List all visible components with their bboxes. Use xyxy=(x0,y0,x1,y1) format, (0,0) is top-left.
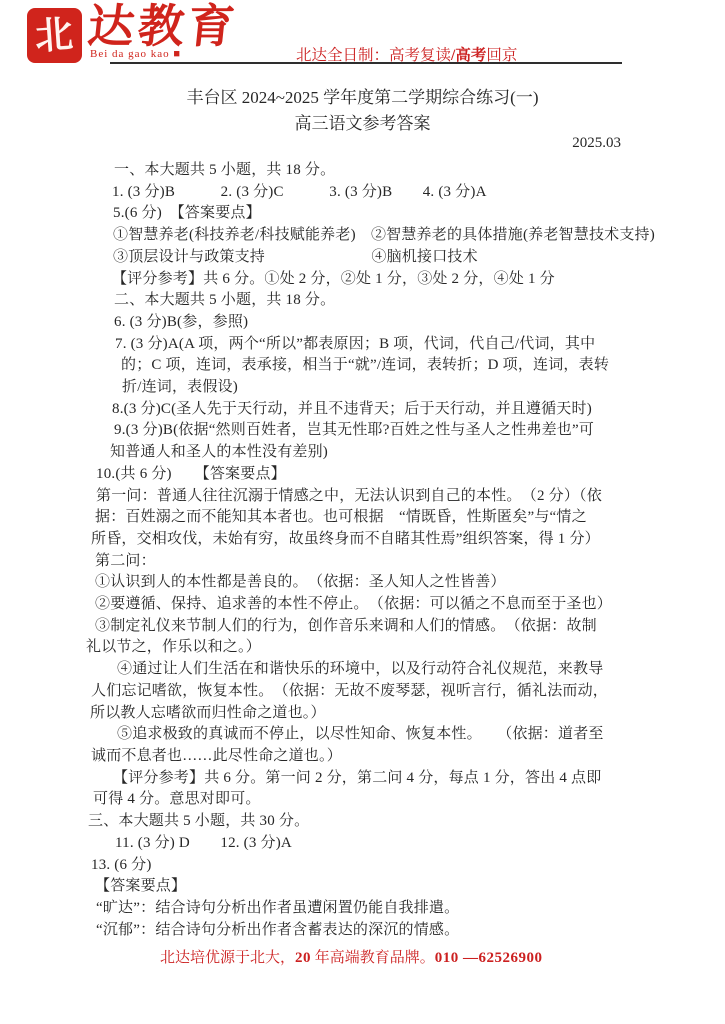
title-block: 丰台区 2024~2025 学年度第二学期综合练习(一) 高三语文参考答案 xyxy=(0,86,725,136)
q10-part1-line3: 所昏，交相攻伐，未始有穷，故虽终身而不自睹其性焉”组织答案，得 1 分） xyxy=(91,529,686,551)
q5-scoring: 【评分参考】共 6 分。①处 2 分，②处 1 分，③处 2 分，④处 1 分 xyxy=(112,269,686,291)
q10-point4-line1: ④通过让人们生活在和谐快乐的环境中，以及行动符合礼仪规范，来教导 xyxy=(117,659,686,681)
sec3-heading: 三、本大题共 5 小题，共 30 分。 xyxy=(88,811,686,833)
q10-part1-line2: 据：百姓溺之而不能知其本者也。也可根据 “情既昏，性斯匿矣”与“情之 xyxy=(95,507,686,529)
q10-scoring-line2: 可得 4 分。意思对即可。 xyxy=(93,789,686,811)
q10-point3-line1: ③制定礼仪来节制人们的行为，创作音乐来调和人们的情感。 （依据：故制 xyxy=(95,616,686,638)
footer-phone: 010 —62526900 xyxy=(435,950,543,966)
q5-points-1-2: ①智慧养老(科技养老/科技赋能养老) ②智慧养老的具体措施(养老智慧技术支持) xyxy=(113,225,686,247)
q13-point-chenyu: “沉郁”：结合诗句分析出作者含蓄表达的深沉的情感。 xyxy=(96,920,686,942)
q10-point3-line2: 礼以节之，作乐以和之。） xyxy=(86,637,686,659)
q10-part2-label: 第二问： xyxy=(95,551,686,573)
q10-point1: ①认识到人的本性都是善良的。 （依据：圣人知人之性皆善） xyxy=(95,572,686,594)
q8-answer: 8.(3 分)C(圣人先于天行动，并且不违背天；后于天行动，并且遵循天时) xyxy=(112,399,686,421)
q5-points-3-4: ③顶层设计与政策支持 ④脑机接口技术 xyxy=(113,247,686,269)
q10-part1-line1: 第一问：普通人往往沉溺于情感之中，无法认识到自己的本性。 （2 分）（依 xyxy=(96,486,686,508)
exam-date: 2025.03 xyxy=(572,135,621,152)
q10-point4-line3: 所以教人忘嗜欲而归性命之道也。） xyxy=(90,703,686,725)
footer-mid: 年高端教育品牌。 xyxy=(311,950,435,966)
header-divider xyxy=(110,62,622,64)
answer-body: 一、本大题共 5 小题，共 18 分。 1. (3 分)B 2. (3 分)C … xyxy=(86,160,686,941)
q10-point2: ②要遵循、保持、追求善的本性不停止。 （依据：可以循之不息而至于圣也） xyxy=(95,594,686,616)
footer-pre: 北达培优源于北大， xyxy=(160,950,295,966)
answers-1-4: 1. (3 分)B 2. (3 分)C 3. (3 分)B 4. (3 分)A xyxy=(112,182,686,204)
answers-11-12: 11. (3 分) D 12. (3 分)A xyxy=(115,833,686,855)
q10-point4-line2: 人们忘记嗜欲，恢复本性。 （依据：无故不废琴瑟，视听言行，循礼法而动， xyxy=(91,681,686,703)
q6-answer: 6. (3 分)B(参，参照) xyxy=(114,312,686,334)
brand-subtitle: Bei da gao kao ■ xyxy=(90,48,181,60)
brand-seal-icon: 北 xyxy=(28,9,81,62)
q7-answer-line1: 7. (3 分)A(A 项，两个“所以”都表原因；B 项，代词，代自己/代词，其… xyxy=(115,334,686,356)
q7-answer-line3: 折/连词，表假设) xyxy=(122,377,686,399)
seal-character: 北 xyxy=(34,15,75,56)
footer-years: 20 xyxy=(295,950,311,966)
q9-answer-line1: 9.(3 分)B(依据“然则百姓者，岂其无性耶?百姓之性与圣人之性弗差也”可 xyxy=(114,420,686,442)
exam-title: 丰台区 2024~2025 学年度第二学期综合练习(一) xyxy=(0,86,725,110)
sec1-heading: 一、本大题共 5 小题，共 18 分。 xyxy=(114,160,686,182)
q5-header: 5.(6 分) 【答案要点】 xyxy=(113,203,686,225)
q10-point5-line1: ⑤追求极致的真诚而不停止，以尽性知命、恢复本性。 （依据：道者至 xyxy=(117,724,686,746)
q10-scoring-line1: 【评分参考】共 6 分。第一问 2 分，第二问 4 分，每点 1 分，答出 4 … xyxy=(113,768,686,790)
q9-answer-line2: 知普通人和圣人的本性没有差别) xyxy=(110,442,686,464)
paper-subtitle: 高三语文参考答案 xyxy=(0,112,725,136)
brand-wordmark: 达教育 xyxy=(85,2,240,53)
q10-point5-line2: 诚而不息者也……此尽性命之道也。） xyxy=(91,746,686,768)
q10-header: 10.(共 6 分) 【答案要点】 xyxy=(96,464,686,486)
q13-header: 13. (6 分) xyxy=(91,855,686,877)
footer-slogan: 北达培优源于北大，20 年高端教育品牌。010 —62526900 xyxy=(160,946,543,967)
sec2-heading: 二、本大题共 5 小题，共 18 分。 xyxy=(114,290,686,312)
document-page: 北 达教育 Bei da gao kao ■ 北达全日制：高考复读/高考回京 丰… xyxy=(0,0,725,1024)
q13-point-kuangda: “旷达”：结合诗句分析出作者虽遭闲置仍能自我排遣。 xyxy=(96,898,686,920)
q13-points-header: 【答案要点】 xyxy=(95,876,686,898)
q7-answer-line2: 的；C 项，连词，表承接，相当于“就”/连词，表转折；D 项，连词，表转 xyxy=(121,355,686,377)
